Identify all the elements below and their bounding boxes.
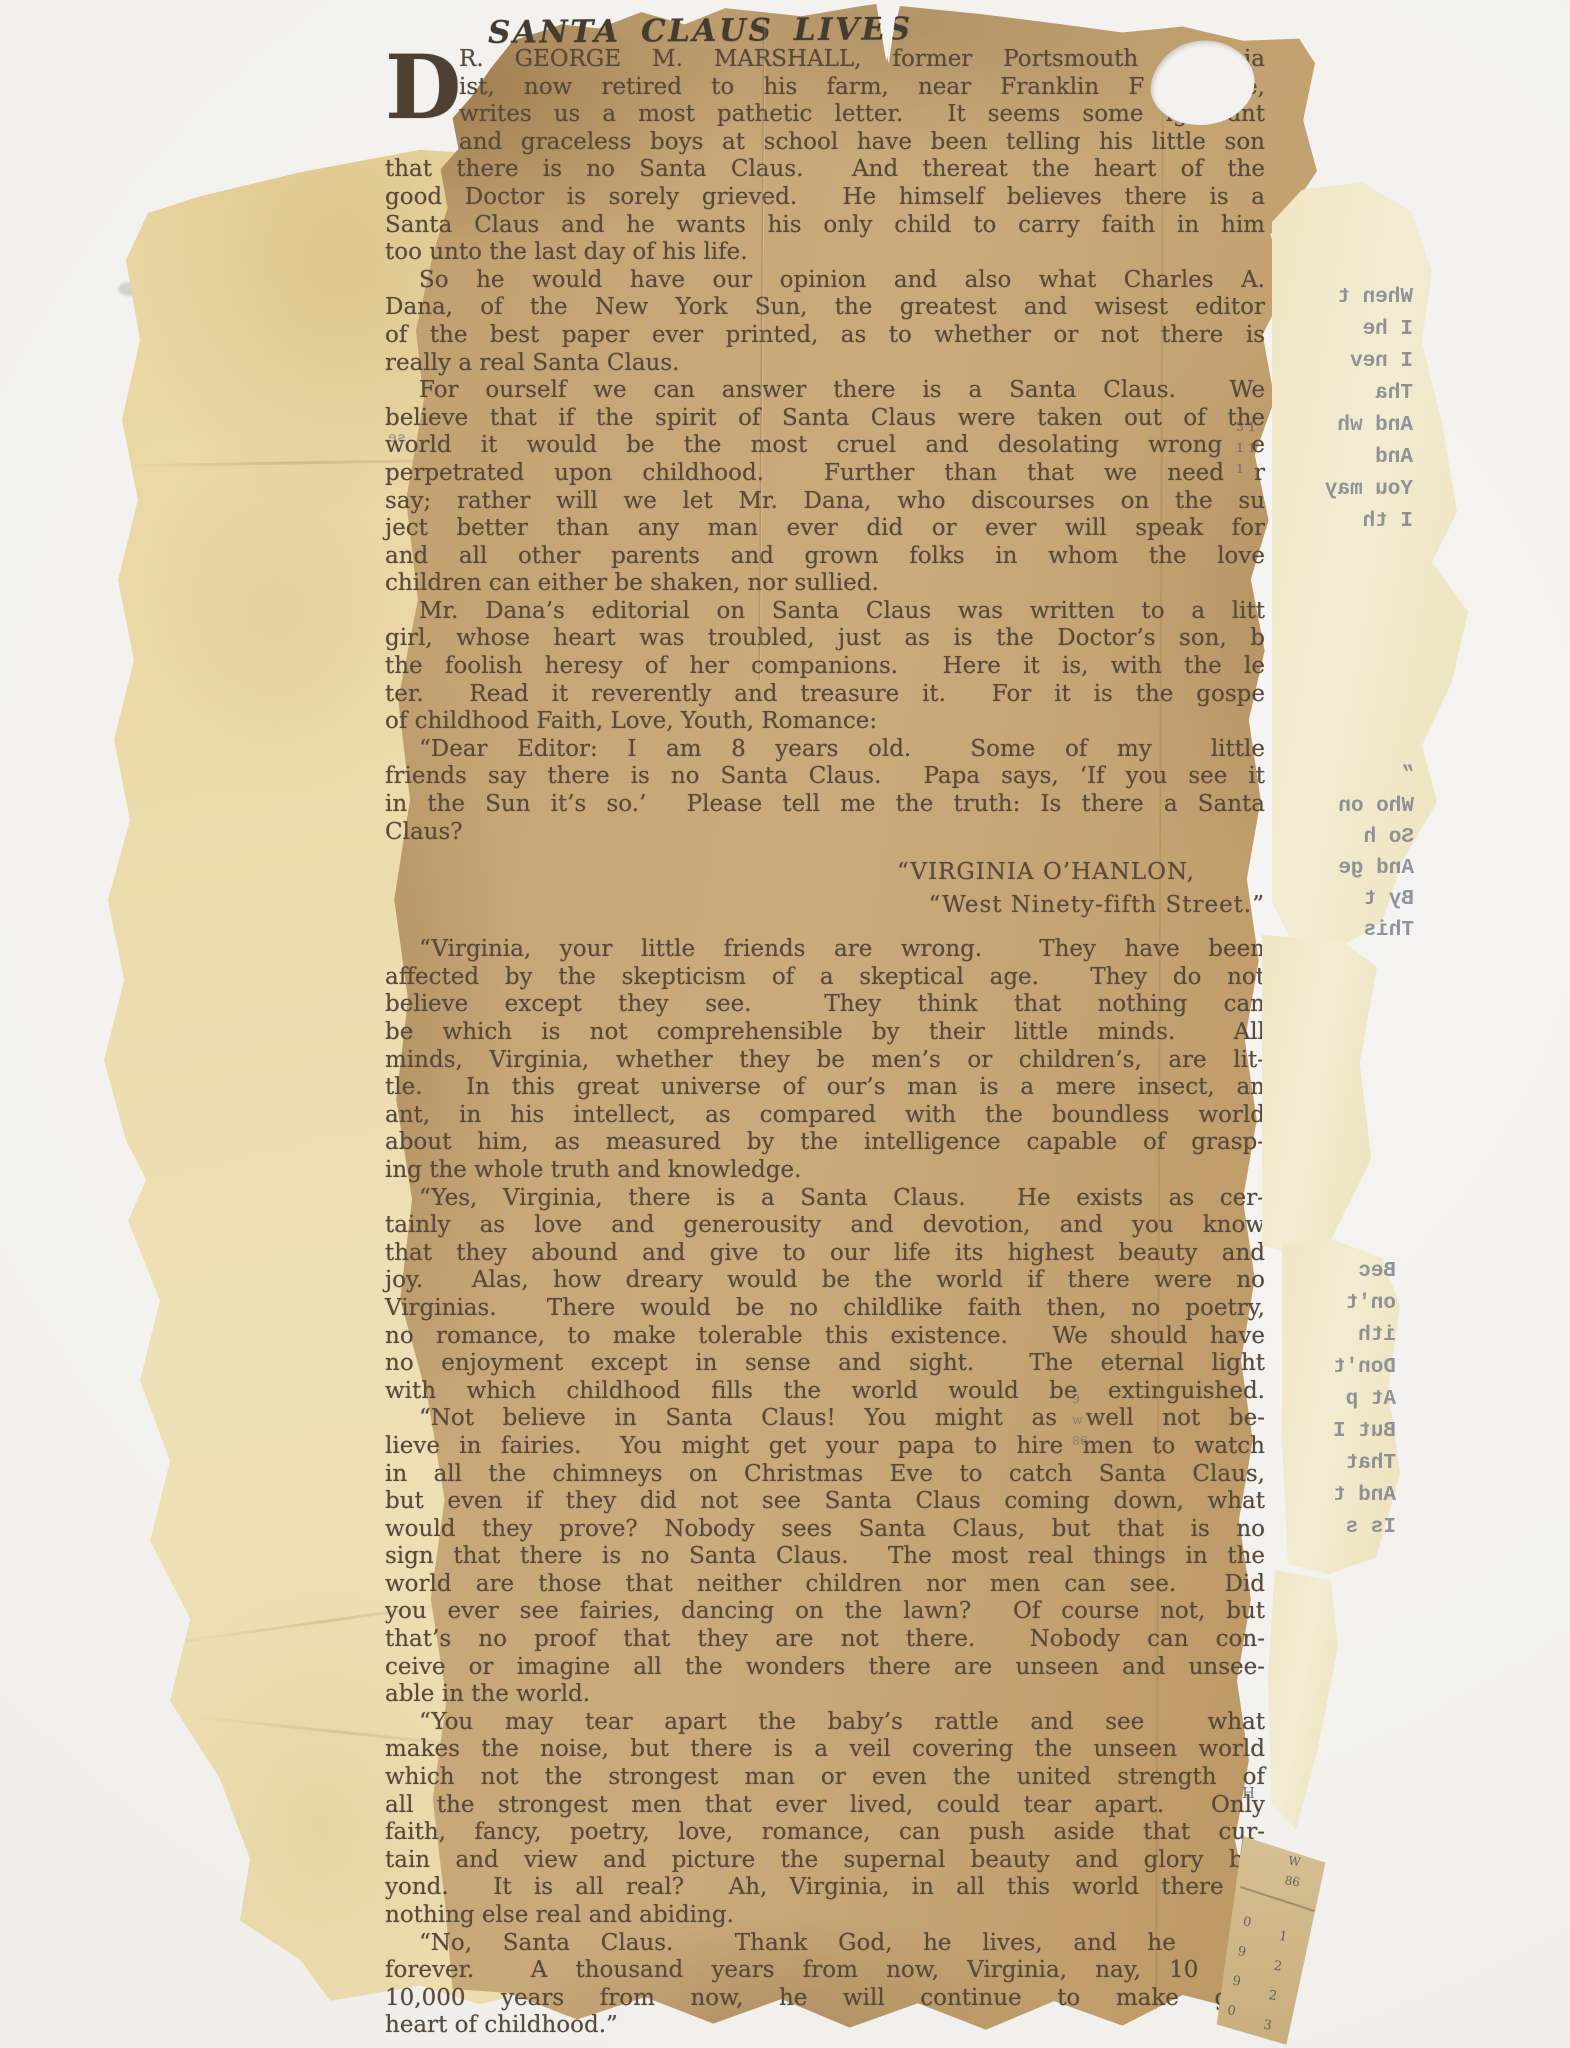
text-line: would they prove? Nobody sees Santa Clau…	[385, 1516, 1265, 1544]
edge-letter-fragment: H	[1242, 1783, 1255, 1804]
fragment-line: 2	[1271, 1952, 1284, 1983]
text-line: 10,000 years from now, he will continue …	[385, 1985, 1265, 2013]
fragment-line: 9	[1235, 1937, 1248, 1968]
fragment-line: ”	[1292, 760, 1414, 791]
text-line: and graceless boys at school have been t…	[385, 129, 1265, 157]
text-line: in all the chimneys on Christmas Eve to …	[385, 1461, 1265, 1489]
text-line: tainly as love and generousity and devot…	[385, 1212, 1265, 1240]
fragment-line: 86	[1072, 1430, 1088, 1451]
bleedthrough-text-mid: ”Who onSo hAnd geBy tThis	[1292, 760, 1414, 946]
fragment-line: When t	[1295, 282, 1413, 314]
fragment-line: You may	[1295, 474, 1413, 506]
text-line: but even if they did not see Santa Claus…	[385, 1488, 1265, 1516]
fragment-digits: 1223	[1261, 1922, 1290, 2042]
paragraph: “Yes, Virginia, there is a Santa Claus. …	[385, 1185, 1265, 1406]
paragraph: “Dear Editor: I am 8 years old. Some of …	[385, 736, 1265, 846]
text-line: ter. Read it reverently and treasure it.…	[385, 681, 1265, 709]
fragment-line: This	[1292, 915, 1414, 946]
fragment-line: Don't	[1296, 1352, 1396, 1384]
paragraph: So he would have our opinion and also wh…	[385, 267, 1265, 377]
text-line: be which is not comprehensible by their …	[385, 1019, 1265, 1047]
text-line: writes us a most pathetic letter. It see…	[385, 101, 1265, 129]
fragment-line: se	[372, 430, 406, 447]
fragment-line: 9	[1230, 1967, 1243, 1998]
fragment-line: 1	[1236, 458, 1256, 479]
text-line: in the Sun it’s so.’ Please tell me the …	[385, 791, 1265, 819]
paragraph: DR. GEORGE M. MARSHALL, former Portsmout…	[385, 46, 1265, 267]
text-line: of childhood Faith, Love, Youth, Romance…	[385, 708, 1265, 736]
text-line: the foolish heresy of her companions. He…	[385, 653, 1265, 681]
text-line: ject better than any man ever did or eve…	[385, 515, 1265, 543]
text-line: “West Ninety-fifth Street.”	[385, 889, 1265, 922]
text-line: that they abound and give to our life it…	[385, 1240, 1265, 1268]
fragment-line: And ge	[1292, 853, 1414, 884]
text-line: nothing else real and abiding.	[385, 1902, 1265, 1930]
text-line: yond. It is all real? Ah, Virginia, in a…	[385, 1874, 1265, 1902]
fragment-line: H	[1242, 1783, 1255, 1804]
fragment-digits: W86	[1283, 1850, 1305, 1892]
fragment-line: Tha	[1295, 378, 1413, 410]
drop-cap: D	[385, 49, 447, 129]
text-line: sign that there is no Santa Claus. The m…	[385, 1543, 1265, 1571]
text-line: “VIRGINIA O’HANLON,	[385, 856, 1265, 889]
text-line: R. GEORGE M. MARSHALL, former Portsmouth…	[385, 46, 1265, 74]
paragraph: “Not believe in Santa Claus! You might a…	[385, 1405, 1265, 1709]
fragment-line: And wh	[1295, 410, 1413, 442]
fragment-line: Is s	[1296, 1512, 1396, 1544]
fragment-line: 9	[1072, 1388, 1088, 1409]
text-line: too unto the last day of his life.	[385, 239, 1265, 267]
text-line: all the strongest men that ever lived, c…	[385, 1792, 1265, 1820]
text-line: forever. A thousand years from now, Virg…	[385, 1957, 1265, 1985]
text-line: ceive or imagine all the wonders there a…	[385, 1654, 1265, 1682]
fragment-line: At p	[1296, 1384, 1396, 1416]
text-line: “Yes, Virginia, there is a Santa Claus. …	[385, 1185, 1265, 1213]
text-line: girl, whose heart was troubled, just as …	[385, 625, 1265, 653]
fragment-line: ith	[1296, 1320, 1396, 1352]
bleedthrough-text-bottom: Becon'tithDon'tAt pBut IThatAnd tIs s	[1296, 1256, 1396, 1544]
text-line: about him, as measured by the intelligen…	[385, 1129, 1265, 1157]
text-line: “You may tear apart the baby’s rattle an…	[385, 1709, 1265, 1737]
text-line: you ever see fairies, dancing on the law…	[385, 1598, 1265, 1626]
text-line: heart of childhood.”	[385, 2012, 1265, 2040]
text-line: “Dear Editor: I am 8 years old. Some of …	[385, 736, 1265, 764]
text-line: with which childhood fills the world wou…	[385, 1378, 1265, 1406]
text-line: really a real Santa Claus.	[385, 350, 1265, 378]
text-line: that there is no Santa Claus. And therea…	[385, 156, 1265, 184]
fragment-line: 86	[1283, 1870, 1302, 1892]
text-line: of the best paper ever printed, as to wh…	[385, 322, 1265, 350]
fragment-line: And	[1295, 442, 1413, 474]
fragment-line: W	[1287, 1850, 1306, 1872]
text-line: lieve in fairies. You might get your pap…	[385, 1433, 1265, 1461]
fragment-line: Who on	[1292, 791, 1414, 822]
text-line: world it would be the most cruel and des…	[385, 432, 1265, 460]
fragment-line: By t	[1292, 884, 1414, 915]
fragment-line: 3 1	[1236, 416, 1256, 437]
text-line: no enjoyment except in sense and sight. …	[385, 1350, 1265, 1378]
fragment-line: I nev	[1295, 346, 1413, 378]
fragment-line: 0	[1240, 1908, 1253, 1939]
text-line: affected by the skepticism of a skeptica…	[385, 964, 1265, 992]
fragment-line: 3	[1261, 2011, 1274, 2042]
paragraph: For ourself we can answer there is a San…	[385, 377, 1265, 598]
text-line: Santa Claus and he wants his only child …	[385, 212, 1265, 240]
text-line: ing the whole truth and knowledge.	[385, 1157, 1265, 1185]
fragment-line: But I	[1296, 1416, 1396, 1448]
fragment-line: That	[1296, 1448, 1396, 1480]
fragment-line: So h	[1292, 822, 1414, 853]
fragment-line: And t	[1296, 1480, 1396, 1512]
text-line: children can either be shaken, nor sulli…	[385, 570, 1265, 598]
text-line: ant, in his intellect, as compared with …	[385, 1102, 1265, 1130]
text-line: no romance, to make tolerable this exist…	[385, 1323, 1265, 1351]
text-line: believe that if the spirit of Santa Clau…	[385, 405, 1265, 433]
paragraph: “Virginia, your little friends are wrong…	[385, 936, 1265, 1184]
text-line: Dana, of the New York Sun, the greatest …	[385, 294, 1265, 322]
text-line: “Virginia, your little friends are wrong…	[385, 936, 1265, 964]
text-line: believe except they see. They think that…	[385, 991, 1265, 1019]
bleedthrough-left-fragment: se	[372, 430, 406, 447]
text-line: For ourself we can answer there is a San…	[385, 377, 1265, 405]
text-line: which not the strongest man or even the …	[385, 1764, 1265, 1792]
fragment-line: 1 1	[1236, 437, 1256, 458]
scrapbook-scan: SANTA CLAUS LIVES DR. GEORGE M. MARSHALL…	[0, 0, 1570, 2048]
text-line: Virginias. There would be no childlike f…	[385, 1295, 1265, 1323]
fragment-line: w	[1072, 1409, 1088, 1430]
text-line: tain and view and picture the supernal b…	[385, 1847, 1265, 1875]
edge-digit-fragment: 9w86	[1072, 1388, 1088, 1451]
text-line: tle. In this great universe of our’s man…	[385, 1074, 1265, 1102]
fragment-line: 1	[1276, 1922, 1289, 1953]
text-line: “Not believe in Santa Claus! You might a…	[385, 1405, 1265, 1433]
text-line: good Doctor is sorely grieved. He himsel…	[385, 184, 1265, 212]
torn-strip	[1262, 935, 1377, 1255]
fragment-line: on't	[1296, 1288, 1396, 1320]
text-line: makes the noise, but there is a veil cov…	[385, 1736, 1265, 1764]
text-line: able in the world.	[385, 1681, 1265, 1709]
torn-strip	[1268, 1570, 1338, 1830]
text-line: Claus?	[385, 819, 1265, 847]
bleedthrough-text-top: When tI heI nevThaAnd whAndYou mayI th	[1295, 282, 1413, 538]
text-line: say; rather will we let Mr. Dana, who di…	[385, 488, 1265, 516]
text-line: faith, fancy, poetry, love, romance, can…	[385, 1819, 1265, 1847]
text-line: and all other parents and grown folks in…	[385, 543, 1265, 571]
text-line: that’s no proof that they are not there.…	[385, 1626, 1265, 1654]
text-line: friends say there is no Santa Claus. Pap…	[385, 763, 1265, 791]
fragment-line: 2	[1266, 1981, 1279, 2012]
text-line: “No, Santa Claus. Thank God, he lives, a…	[385, 1930, 1265, 1958]
text-line: ist, now retired to his farm, near Frank…	[385, 74, 1265, 102]
text-line: perpetrated upon childhood. Further than…	[385, 460, 1265, 488]
edge-digit-fragment: 3 11 11	[1236, 416, 1256, 479]
paragraph: “No, Santa Claus. Thank God, he lives, a…	[385, 1930, 1265, 2040]
fragment-line: I th	[1295, 506, 1413, 538]
paragraph: “You may tear apart the baby’s rattle an…	[385, 1709, 1265, 1930]
fragment-line: I he	[1295, 314, 1413, 346]
text-line: joy. Alas, how dreary would be the world…	[385, 1267, 1265, 1295]
fragment-line: Bec	[1296, 1256, 1396, 1288]
paragraph: Mr. Dana’s editorial on Santa Claus was …	[385, 598, 1265, 736]
fragment-line: 0	[1225, 1996, 1238, 2027]
article-body: DR. GEORGE M. MARSHALL, former Portsmout…	[385, 46, 1265, 2040]
text-line: Mr. Dana’s editorial on Santa Claus was …	[385, 598, 1265, 626]
article-headline: SANTA CLAUS LIVES	[488, 11, 913, 51]
text-line: world are those that neither children no…	[385, 1571, 1265, 1599]
signature-block: “VIRGINIA O’HANLON,“West Ninety-fifth St…	[385, 856, 1265, 922]
text-line: minds, Virginia, whether they be men’s o…	[385, 1047, 1265, 1075]
text-line: So he would have our opinion and also wh…	[385, 267, 1265, 295]
